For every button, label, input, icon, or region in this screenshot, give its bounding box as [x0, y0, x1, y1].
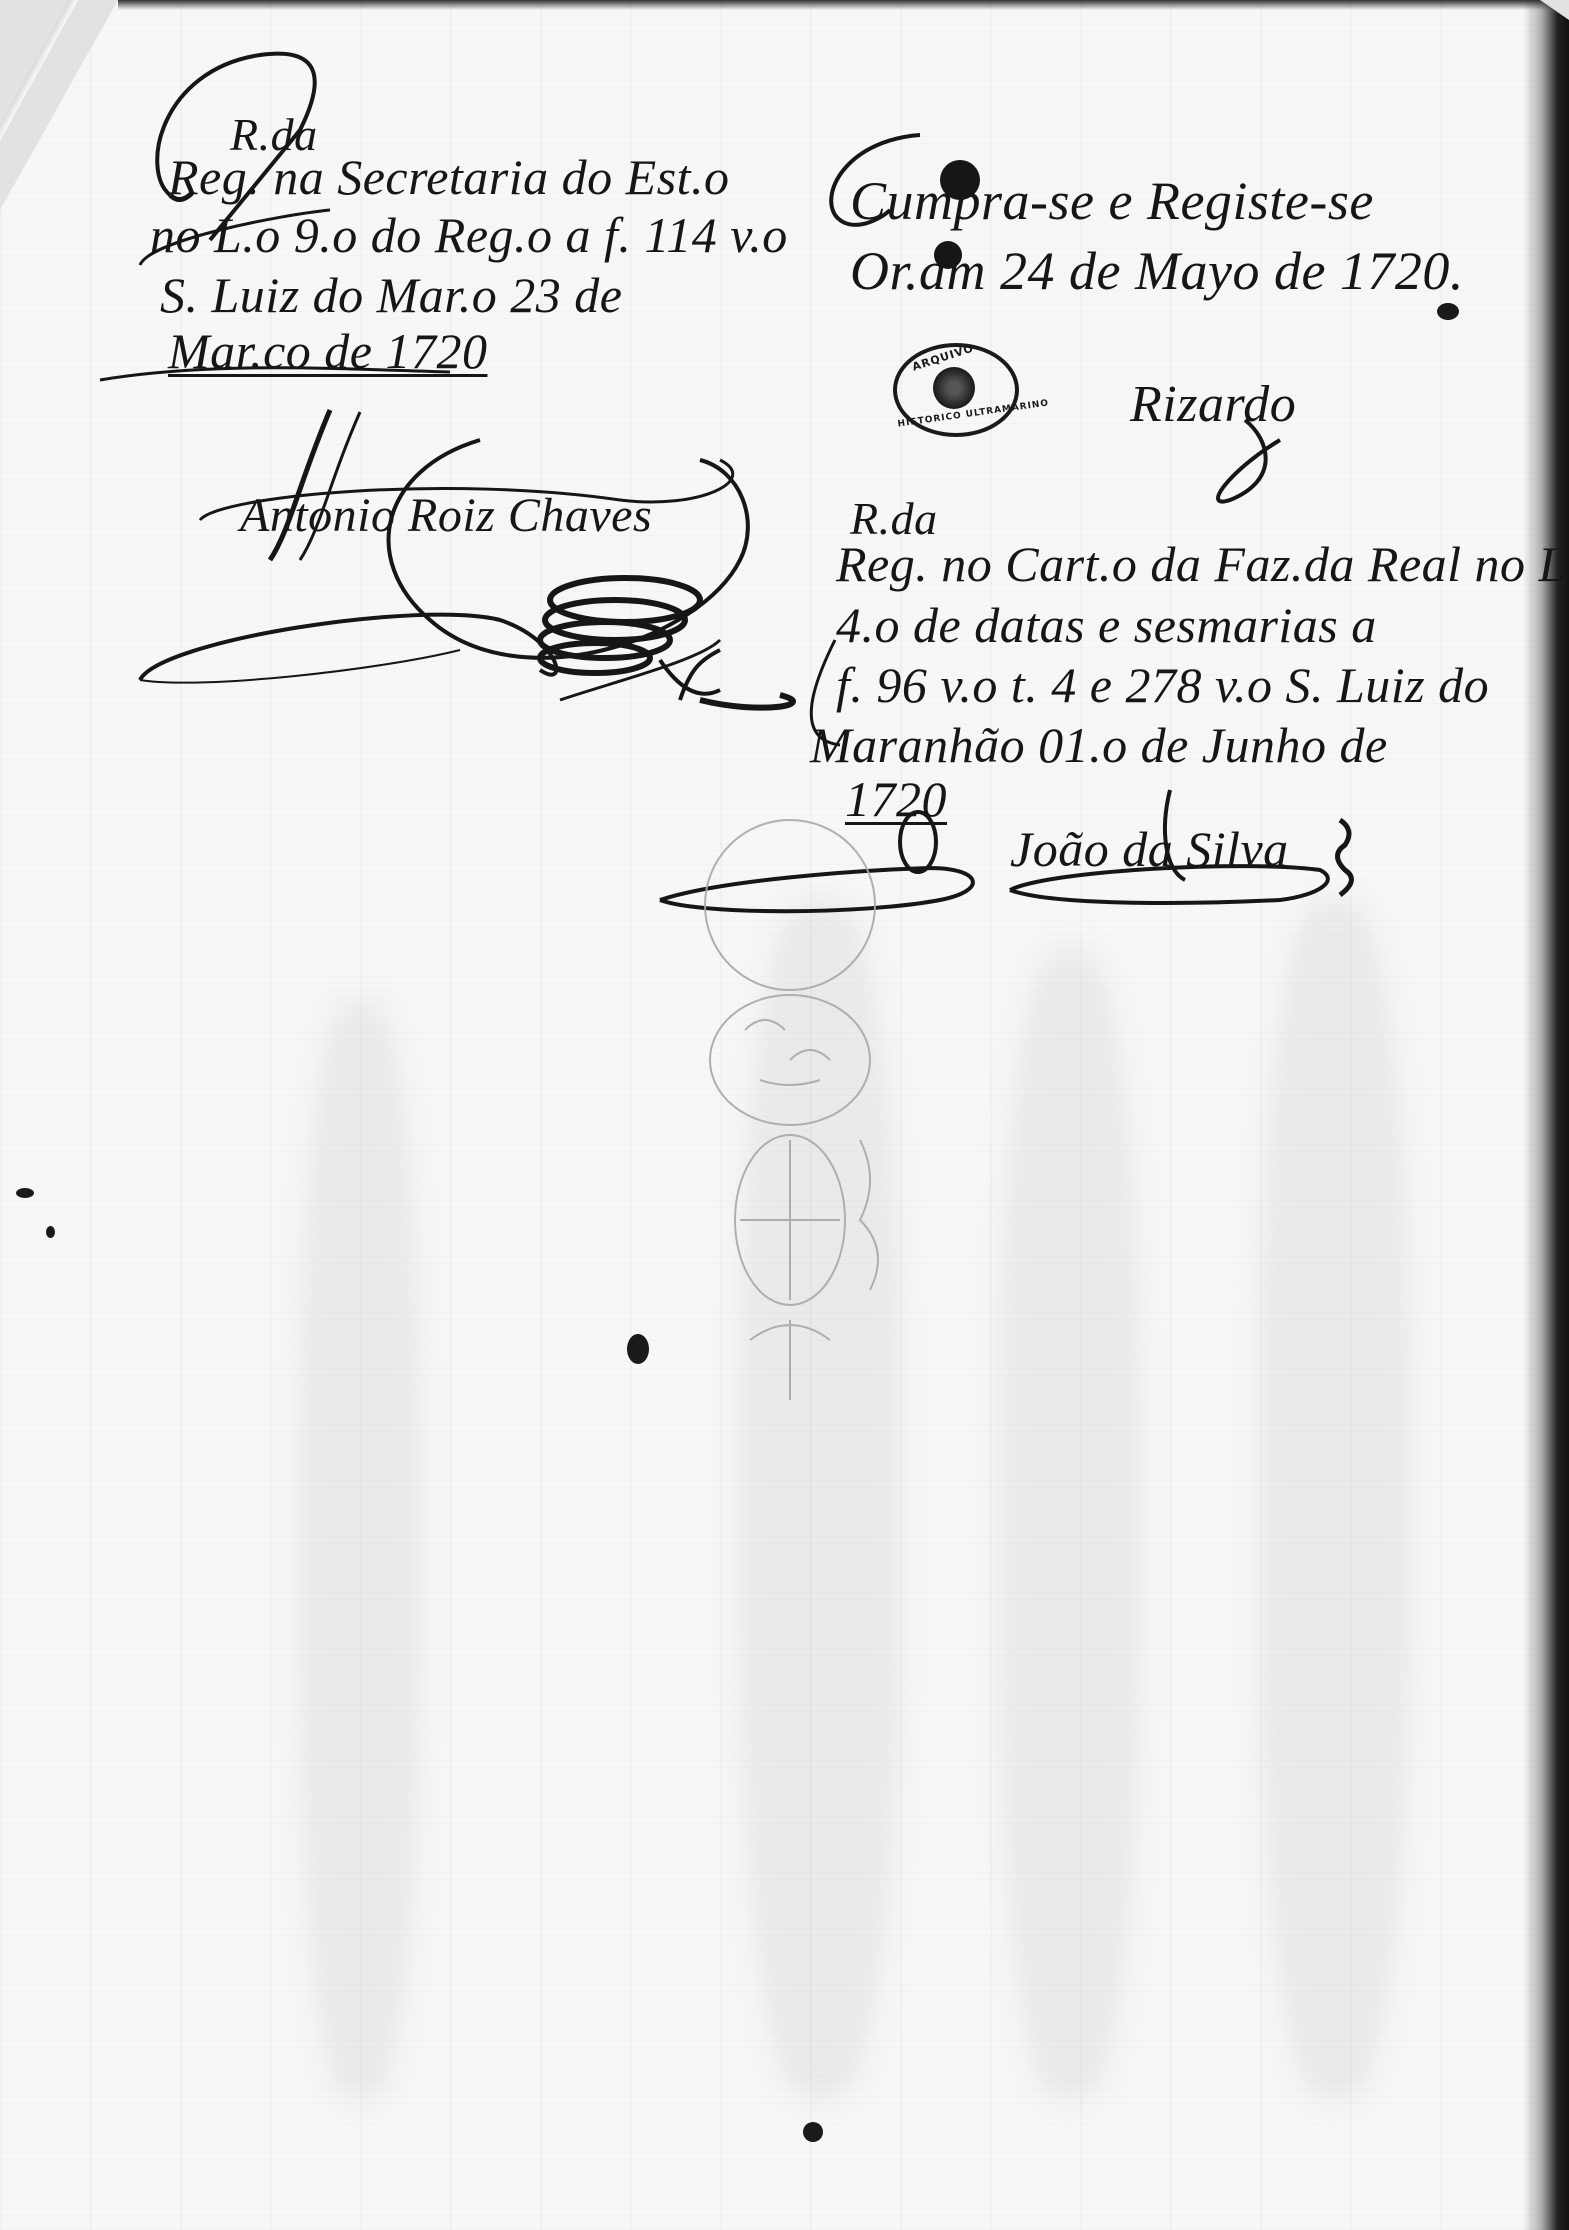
ink-blot — [934, 241, 962, 269]
signature-rubric-antonio — [140, 410, 793, 708]
signature-rubric-joao — [660, 790, 1351, 911]
ink-blot — [940, 160, 980, 200]
capital-r-loop-icon — [157, 54, 315, 240]
ink-spot — [46, 1226, 55, 1238]
ink-spot — [627, 1334, 649, 1364]
ink-spot — [16, 1188, 34, 1198]
ink-flourishes — [0, 0, 1569, 2230]
ink-spot — [1437, 303, 1459, 320]
ink-spot — [803, 2122, 823, 2142]
seal-bleed-through — [705, 820, 878, 1400]
